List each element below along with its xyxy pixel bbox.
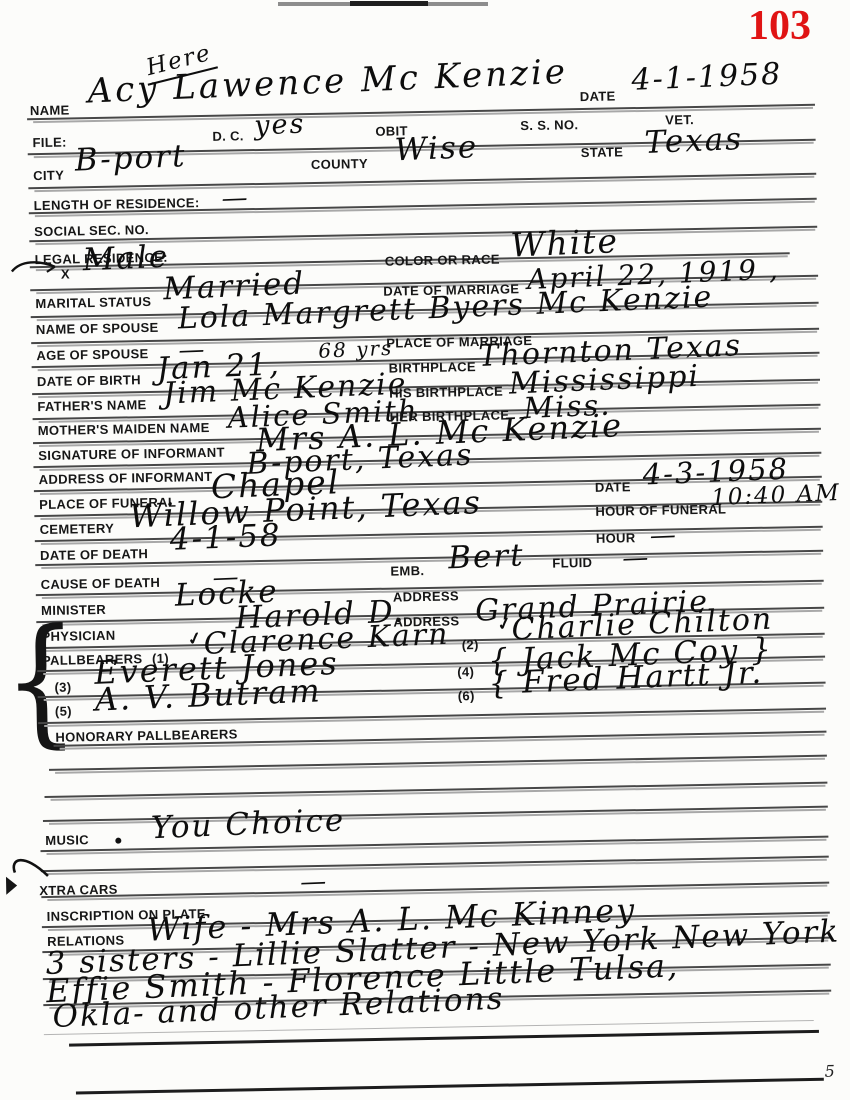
fathers-name-label: FATHER'S NAME <box>37 397 147 414</box>
pallbearer-4-label: (4) <box>457 664 474 679</box>
hour-of-funeral-label: HOUR OF FUNERAL <box>595 501 726 518</box>
emb-label: EMB. <box>390 563 424 579</box>
tick-mark: ✓ <box>186 628 204 651</box>
pallbearer-5-value: A. V. Butram <box>94 674 322 715</box>
pallbearer-2-label: (2) <box>462 637 479 652</box>
scan-edge-wedge <box>6 877 17 895</box>
rule-line <box>41 882 829 898</box>
age-note-value: 68 yrs <box>318 338 394 361</box>
rule-line <box>44 782 827 798</box>
social-sec-no-label: SOCIAL SEC. NO. <box>34 222 149 239</box>
pallbearer-6-label: (6) <box>458 688 475 703</box>
scanned-funeral-record-sheet: 103 Here NAME Acy Lawence Mc Kenzie DATE… <box>0 0 850 1100</box>
rule-line <box>35 550 823 566</box>
file-label: FILE: <box>32 134 67 150</box>
music-value: You Choice <box>151 805 346 844</box>
emb-value: Bert <box>448 540 526 574</box>
fluid-value: — <box>622 545 651 572</box>
rule-line <box>76 1078 824 1095</box>
cause-of-death-label: CAUSE OF DEATH <box>40 575 160 592</box>
date-of-death-value: 4-1-58 <box>169 520 282 556</box>
hand-arrow-mark <box>9 256 61 277</box>
city-label: CITY <box>33 168 64 184</box>
rule-line <box>49 755 827 771</box>
form-body: Here NAME Acy Lawence Mc Kenzie DATE 4-1… <box>0 0 850 1100</box>
pallbearer-6-value: { Fred Hartt Jr. <box>488 658 764 700</box>
corner-mark: 5 <box>825 1062 836 1081</box>
rule-line <box>41 856 829 872</box>
county-value: Wise <box>394 132 479 166</box>
date-of-death-label: DATE OF DEATH <box>40 546 148 563</box>
dc-label: D. C. <box>212 128 244 144</box>
name-label: NAME <box>30 102 70 118</box>
sex-value: Male <box>82 242 170 277</box>
dc-value: yes <box>254 111 306 140</box>
pallbearer-3-label: (3) <box>54 680 71 695</box>
date-label: DATE <box>580 88 616 104</box>
funeral-date-label: DATE <box>595 479 631 495</box>
hour-value: — <box>649 522 678 549</box>
signature-of-informant-label: SIGNATURE OF INFORMANT <box>38 445 225 463</box>
music-label: MUSIC <box>45 832 89 848</box>
mothers-maiden-name-label: MOTHER'S MAIDEN NAME <box>38 420 210 438</box>
color-or-race-label: COLOR OR RACE <box>385 252 500 269</box>
date-value: 4-1-1958 <box>631 60 783 96</box>
state-value: Texas <box>644 124 744 159</box>
hour-of-funeral-value: 10:40 AM <box>711 482 842 510</box>
county-label: COUNTY <box>311 156 368 172</box>
color-or-race-value: White <box>510 224 620 261</box>
ssno-label: S. S. NO. <box>520 117 578 133</box>
marital-status-label: MARITAL STATUS <box>35 294 151 311</box>
music-bullet-mark <box>115 838 121 844</box>
age-of-spouse-label: AGE OF SPOUSE <box>36 346 148 363</box>
sex-x-label: X <box>61 266 70 281</box>
address-of-informant-label: ADDRESS OF INFORMANT <box>39 469 213 487</box>
city-value: B-port <box>74 141 187 177</box>
state-label: STATE <box>581 144 624 160</box>
cemetery-label: CEMETERY <box>39 521 114 537</box>
pallbearer-5-label: (5) <box>55 703 72 718</box>
fluid-label: FLUID <box>552 555 592 571</box>
date-of-birth-label: DATE OF BIRTH <box>37 372 141 389</box>
name-of-spouse-label: NAME OF SPOUSE <box>36 320 159 337</box>
